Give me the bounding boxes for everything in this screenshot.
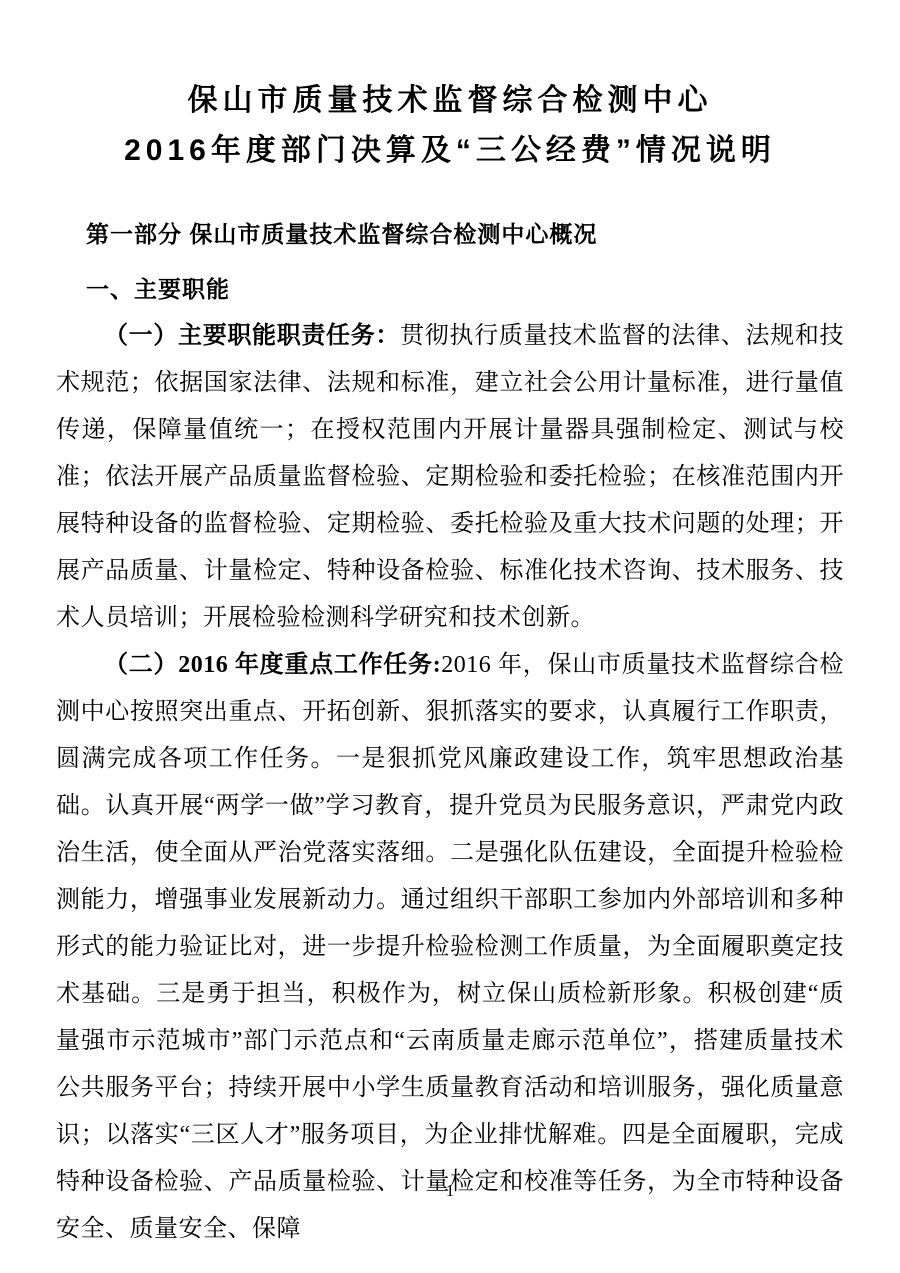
document-title-line2: 2016年度部门决算及“三公经费”情况说明 [56, 126, 844, 176]
page-number: 1 [0, 1181, 900, 1201]
paragraph-main-duties-text: 贯彻执行质量技术监督的法律、法规和技术规范；依据国家法律、法规和标准，建立社会公… [56, 323, 844, 631]
part-one-heading: 第一部分 保山市质量技术监督综合检测中心概况 [86, 218, 844, 250]
paragraph-main-duties-lead: （一）主要职能职责任务： [104, 323, 400, 349]
paragraph-key-tasks-2016-text: 2016 年，保山市质量技术监督综合检测中心按照突出重点、开拓创新、狠抓落实的要… [56, 652, 844, 1242]
document-page: 保山市质量技术监督综合检测中心 2016年度部门决算及“三公经费”情况说明 第一… [0, 0, 900, 1273]
section-heading-main-functions: 一、主要职能 [86, 273, 844, 305]
document-title-line1: 保山市质量技术监督综合检测中心 [56, 76, 844, 126]
paragraph-main-duties: （一）主要职能职责任务：贯彻执行质量技术监督的法律、法规和技术规范；依据国家法律… [56, 313, 844, 642]
paragraph-key-tasks-2016-lead: （二）2016 年度重点工作任务: [104, 652, 441, 678]
paragraph-key-tasks-2016: （二）2016 年度重点工作任务:2016 年，保山市质量技术监督综合检测中心按… [56, 642, 844, 1253]
document-title: 保山市质量技术监督综合检测中心 2016年度部门决算及“三公经费”情况说明 [56, 76, 844, 176]
